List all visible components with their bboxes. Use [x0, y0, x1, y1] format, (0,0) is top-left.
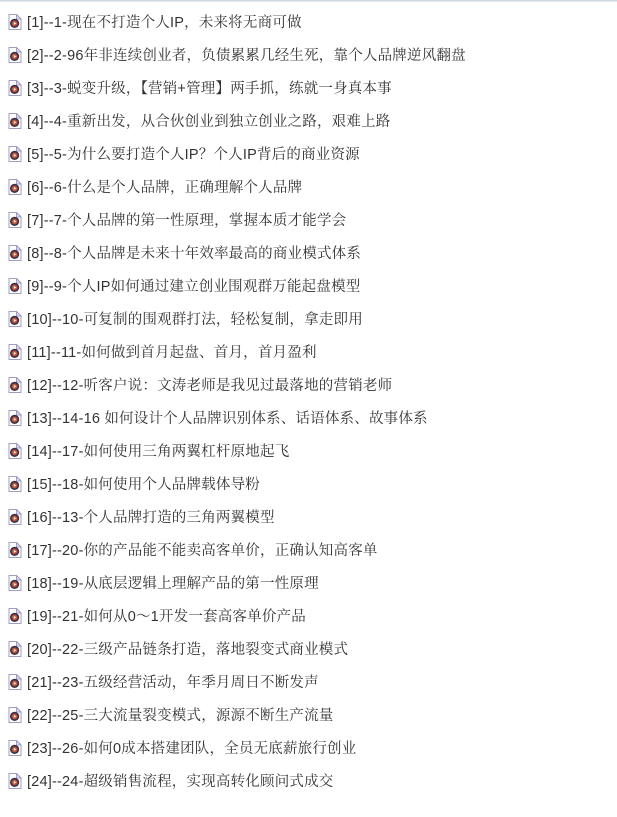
list-item-label: [7]--7-个人品牌的第一性原理，掌握本质才能学会 [27, 209, 346, 230]
list-item[interactable]: [24]--24-超级销售流程，实现高转化顾问式成交 [8, 764, 617, 797]
video-file-icon [8, 146, 22, 162]
video-file-icon [8, 47, 22, 63]
video-file-icon [8, 707, 22, 723]
list-item-label: [13]--14-16 如何设计个人品牌识别体系、话语体系、故事体系 [27, 407, 428, 428]
video-file-icon [8, 608, 22, 624]
list-item[interactable]: [3]--3-蜕变升级，【营销+管理】两手抓，练就一身真本事 [8, 71, 617, 104]
list-item[interactable]: [7]--7-个人品牌的第一性原理，掌握本质才能学会 [8, 203, 617, 236]
list-item-label: [8]--8-个人品牌是未来十年效率最高的商业模式体系 [27, 242, 361, 263]
list-item[interactable]: [15]--18-如何使用个人品牌载体导粉 [8, 467, 617, 500]
list-item-label: [6]--6-什么是个人品牌，正确理解个人品牌 [27, 176, 302, 197]
list-item-label: [15]--18-如何使用个人品牌载体导粉 [27, 473, 260, 494]
list-item-label: [19]--21-如何从0～1开发一套高客单价产品 [27, 605, 306, 626]
list-item[interactable]: [6]--6-什么是个人品牌，正确理解个人品牌 [8, 170, 617, 203]
video-file-icon [8, 542, 22, 558]
list-item-label: [23]--26-如何0成本搭建团队，全员无底薪旅行创业 [27, 737, 356, 758]
list-item[interactable]: [22]--25-三大流量裂变模式，源源不断生产流量 [8, 698, 617, 731]
list-item-label: [11]--11-如何做到首月起盘、首月，首月盈利 [27, 341, 317, 362]
video-file-icon [8, 443, 22, 459]
video-file-icon [8, 14, 22, 30]
video-file-icon [8, 245, 22, 261]
video-file-icon [8, 410, 22, 426]
list-item[interactable]: [2]--2-96年非连续创业者，负债累累几经生死，靠个人品牌逆风翻盘 [8, 38, 617, 71]
list-item[interactable]: [1]--1-现在不打造个人IP，未来将无商可做 [8, 5, 617, 38]
list-item-label: [12]--12-听客户说：文涛老师是我见过最落地的营销老师 [27, 374, 392, 395]
video-file-icon [8, 278, 22, 294]
list-item[interactable]: [8]--8-个人品牌是未来十年效率最高的商业模式体系 [8, 236, 617, 269]
video-file-icon [8, 476, 22, 492]
list-item-label: [2]--2-96年非连续创业者，负债累累几经生死，靠个人品牌逆风翻盘 [27, 44, 466, 65]
list-item-label: [24]--24-超级销售流程，实现高转化顾问式成交 [27, 770, 334, 791]
list-item-label: [16]--13-个人品牌打造的三角两翼模型 [27, 506, 275, 527]
list-item-label: [21]--23-五级经营活动，年季月周日不断发声 [27, 671, 319, 692]
list-item-label: [5]--5-为什么要打造个人IP？个人IP背后的商业资源 [27, 143, 360, 164]
list-item[interactable]: [9]--9-个人IP如何通过建立创业围观群万能起盘模型 [8, 269, 617, 302]
list-item-label: [1]--1-现在不打造个人IP，未来将无商可做 [27, 11, 302, 32]
list-item[interactable]: [13]--14-16 如何设计个人品牌识别体系、话语体系、故事体系 [8, 401, 617, 434]
video-file-icon [8, 179, 22, 195]
list-item[interactable]: [23]--26-如何0成本搭建团队，全员无底薪旅行创业 [8, 731, 617, 764]
list-item[interactable]: [17]--20-你的产品能不能卖高客单价，正确认知高客单 [8, 533, 617, 566]
video-file-icon [8, 575, 22, 591]
video-file-icon [8, 311, 22, 327]
list-item-label: [3]--3-蜕变升级，【营销+管理】两手抓，练就一身真本事 [27, 77, 392, 98]
list-item[interactable]: [12]--12-听客户说：文涛老师是我见过最落地的营销老师 [8, 368, 617, 401]
video-file-icon [8, 773, 22, 789]
list-item-label: [9]--9-个人IP如何通过建立创业围观群万能起盘模型 [27, 275, 360, 296]
list-item-label: [17]--20-你的产品能不能卖高客单价，正确认知高客单 [27, 539, 378, 560]
video-file-icon [8, 377, 22, 393]
list-item[interactable]: [19]--21-如何从0～1开发一套高客单价产品 [8, 599, 617, 632]
list-item-label: [20]--22-三级产品链条打造，落地裂变式商业模式 [27, 638, 348, 659]
video-file-icon [8, 113, 22, 129]
list-item[interactable]: [18]--19-从底层逻辑上理解产品的第一性原理 [8, 566, 617, 599]
video-file-icon [8, 344, 22, 360]
list-item[interactable]: [21]--23-五级经营活动，年季月周日不断发声 [8, 665, 617, 698]
list-item-label: [10]--10-可复制的围观群打法，轻松复制，拿走即用 [27, 308, 363, 329]
video-file-icon [8, 212, 22, 228]
video-file-icon [8, 509, 22, 525]
list-item[interactable]: [14]--17-如何使用三角两翼杠杆原地起飞 [8, 434, 617, 467]
list-item-label: [22]--25-三大流量裂变模式，源源不断生产流量 [27, 704, 334, 725]
list-item[interactable]: [16]--13-个人品牌打造的三角两翼模型 [8, 500, 617, 533]
list-item-label: [18]--19-从底层逻辑上理解产品的第一性原理 [27, 572, 319, 593]
video-file-icon [8, 641, 22, 657]
list-item[interactable]: [11]--11-如何做到首月起盘、首月，首月盈利 [8, 335, 617, 368]
list-item-label: [14]--17-如何使用三角两翼杠杆原地起飞 [27, 440, 289, 461]
video-file-icon [8, 674, 22, 690]
file-list: [1]--1-现在不打造个人IP，未来将无商可做 [2]--2-96年非连续创业… [0, 2, 617, 797]
video-file-icon [8, 80, 22, 96]
list-item[interactable]: [10]--10-可复制的围观群打法，轻松复制，拿走即用 [8, 302, 617, 335]
list-item-label: [4]--4-重新出发，从合伙创业到独立创业之路，艰难上路 [27, 110, 390, 131]
list-item[interactable]: [4]--4-重新出发，从合伙创业到独立创业之路，艰难上路 [8, 104, 617, 137]
list-item[interactable]: [5]--5-为什么要打造个人IP？个人IP背后的商业资源 [8, 137, 617, 170]
video-file-icon [8, 740, 22, 756]
list-item[interactable]: [20]--22-三级产品链条打造，落地裂变式商业模式 [8, 632, 617, 665]
